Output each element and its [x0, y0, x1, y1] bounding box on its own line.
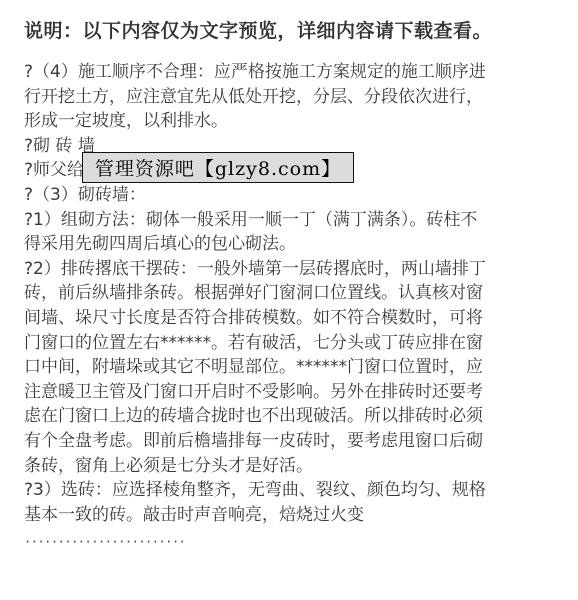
text-line: 基本一致的砖。敲击时声音响亮，焙烧过火变 — [24, 503, 554, 528]
watermark-banner: 管理资源吧【glzy8.com】 — [82, 152, 354, 183]
text-line: 条砖，窗角上必须是七分头才是好活。 — [24, 454, 554, 479]
document-body: ?（4）施工顺序不合理：应严格按施工方案规定的施工顺序进 行开挖土方，应注意宜先… — [24, 60, 554, 527]
text-line: 砖，前后纵墙排条砖。根据弹好门窗洞口位置线。认真核对窗 — [24, 281, 554, 306]
text-line: ?1）组砌方法：砌体一般采用一顺一丁（满丁满条）。砖柱不 — [24, 208, 554, 233]
text-line: 形成一定坡度，以利排水。 — [24, 109, 554, 134]
text-line: 有个全盘考虑。即前后檐墙排每一皮砖时，要考虑甩窗口后砌 — [24, 429, 554, 454]
subsection-heading: ?（3）砌砖墙： — [24, 183, 554, 208]
preview-notice: 说明：以下内容仅为文字预览，详细内容请下载查看。 — [24, 16, 492, 43]
text-line: 口中间，附墙垛或其它不明显部位。******门窗口位置时，应 — [24, 355, 554, 380]
text-line: 虑在门窗口上边的砖墙合拢时也不出现破活。所以排砖时必须 — [24, 404, 554, 429]
text-line: 间墙、垛尺寸长度是否符合排砖模数。如不符合模数时，可将 — [24, 306, 554, 331]
truncation-ellipsis: ························ — [24, 535, 185, 549]
text-line: 行开挖土方，应注意宜先从低处开挖，分层、分段依次进行， — [24, 85, 554, 110]
text-line: 门窗口的位置左右******。若有破活，七分头或丁砖应排在窗 — [24, 331, 554, 356]
text-line: 得采用先砌四周后填心的包心砌法。 — [24, 232, 554, 257]
text-line: ?2）排砖撂底干摆砖：一般外墙第一层砖撂底时，两山墙排丁 — [24, 257, 554, 282]
text-line: ?3）选砖：应选择棱角整齐，无弯曲、裂纹、颜色均匀、规格 — [24, 478, 554, 503]
text-line: ?（4）施工顺序不合理：应严格按施工方案规定的施工顺序进 — [24, 60, 554, 85]
text-line: 注意暖卫主管及门窗口开启时不受影响。另外在排砖时还要考 — [24, 380, 554, 405]
